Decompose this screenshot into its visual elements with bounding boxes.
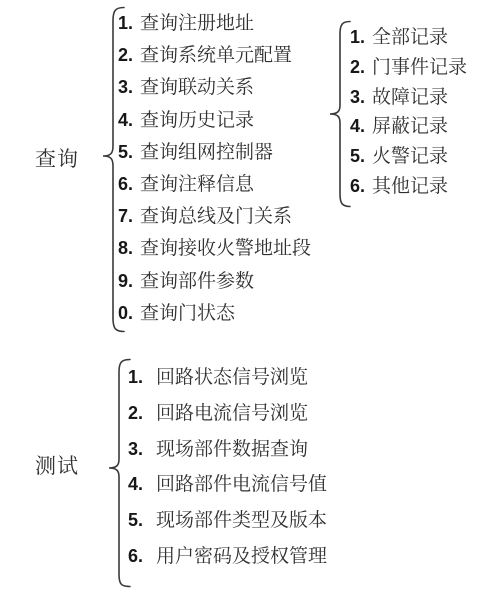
item-number: 5. — [128, 503, 156, 539]
list-item: 2.回路电流信号浏览 — [128, 396, 327, 432]
item-text: 现场部件数据查询 — [156, 432, 308, 468]
list-item: 3.查询联动关系 — [118, 71, 311, 103]
item-text: 查询组网控制器 — [140, 137, 273, 169]
item-number: 4. — [350, 112, 372, 142]
list-item: 8.查询接收火警地址段 — [118, 232, 311, 264]
list-item: 4.回路部件电流信号值 — [128, 467, 327, 503]
item-number: 1. — [350, 23, 372, 53]
item-text: 查询部件参数 — [140, 266, 254, 298]
item-text: 回路状态信号浏览 — [156, 360, 308, 396]
item-number: 3. — [118, 71, 140, 103]
item-number: 3. — [128, 432, 156, 468]
history-records-list: 1.全部记录 2.门事件记录 3.故障记录 4.屏蔽记录 5.火警记录 6.其他… — [350, 23, 467, 202]
item-text: 用户密码及授权管理 — [156, 539, 327, 575]
list-item: 5.现场部件类型及版本 — [128, 503, 327, 539]
item-number: 0. — [118, 297, 140, 329]
item-number: 2. — [350, 53, 372, 83]
item-text: 火警记录 — [372, 142, 448, 172]
list-item: 6.其他记录 — [350, 172, 467, 202]
list-item: 0.查询门状态 — [118, 297, 311, 329]
item-number: 2. — [118, 39, 140, 71]
item-text: 回路部件电流信号值 — [156, 467, 327, 503]
item-text: 查询系统单元配置 — [140, 40, 292, 72]
item-number: 6. — [118, 168, 140, 200]
item-number: 2. — [128, 396, 156, 432]
item-number: 1. — [118, 7, 140, 39]
item-number: 1. — [128, 360, 156, 396]
item-number: 4. — [128, 467, 156, 503]
query-section-label: 查询 — [35, 143, 79, 173]
item-number: 3. — [350, 83, 372, 113]
item-number: 7. — [118, 200, 140, 232]
list-item: 1.全部记录 — [350, 23, 467, 53]
list-item: 9.查询部件参数 — [118, 265, 311, 297]
item-number: 6. — [128, 539, 156, 575]
list-item: 5.火警记录 — [350, 142, 467, 172]
list-item: 2.门事件记录 — [350, 53, 467, 83]
list-item: 6.查询注释信息 — [118, 168, 311, 200]
item-text: 故障记录 — [372, 83, 448, 113]
list-item: 4.查询历史记录 — [118, 104, 311, 136]
item-text: 全部记录 — [372, 23, 448, 53]
item-number: 5. — [350, 142, 372, 172]
item-number: 5. — [118, 136, 140, 168]
history-records-brace-icon — [328, 20, 352, 208]
list-item: 3.现场部件数据查询 — [128, 432, 327, 468]
item-number: 6. — [350, 172, 372, 202]
test-section-label: 测试 — [35, 450, 79, 480]
item-text: 查询历史记录 — [140, 105, 254, 137]
item-text: 其他记录 — [372, 172, 448, 202]
list-item: 6.用户密码及授权管理 — [128, 539, 327, 575]
test-menu-list: 1.回路状态信号浏览 2.回路电流信号浏览 3.现场部件数据查询 4.回路部件电… — [128, 360, 327, 575]
item-text: 回路电流信号浏览 — [156, 396, 308, 432]
item-text: 现场部件类型及版本 — [156, 503, 327, 539]
list-item: 5.查询组网控制器 — [118, 136, 311, 168]
list-item: 7.查询总线及门关系 — [118, 200, 311, 232]
list-item: 1.回路状态信号浏览 — [128, 360, 327, 396]
item-number: 9. — [118, 265, 140, 297]
item-text: 查询总线及门关系 — [140, 201, 292, 233]
list-item: 1.查询注册地址 — [118, 7, 311, 39]
list-item: 3.故障记录 — [350, 83, 467, 113]
item-text: 查询注释信息 — [140, 169, 254, 201]
query-menu-list: 1.查询注册地址 2.查询系统单元配置 3.查询联动关系 4.查询历史记录 5.… — [118, 7, 311, 329]
item-text: 查询门状态 — [140, 298, 235, 330]
item-text: 查询注册地址 — [140, 8, 254, 40]
list-item: 4.屏蔽记录 — [350, 112, 467, 142]
item-text: 屏蔽记录 — [372, 112, 448, 142]
item-text: 查询接收火警地址段 — [140, 233, 311, 265]
item-number: 8. — [118, 232, 140, 264]
item-number: 4. — [118, 104, 140, 136]
list-item: 2.查询系统单元配置 — [118, 39, 311, 71]
item-text: 查询联动关系 — [140, 72, 254, 104]
item-text: 门事件记录 — [372, 53, 467, 83]
